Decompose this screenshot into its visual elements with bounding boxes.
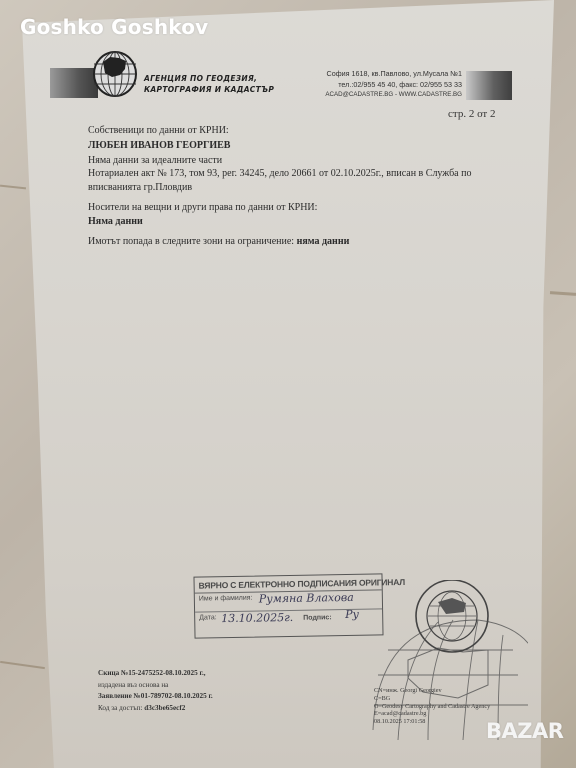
digital-signature-info: CN=инж. Georgi Georgiev C=BG O=Geodesy C… <box>374 687 490 726</box>
background-seam <box>0 661 45 669</box>
signature-e: E=acad@cadastre.bg <box>374 710 490 718</box>
access-code: Код за достъп: d3c3be65ecf2 <box>98 703 213 715</box>
access-code-value: d3c3be65ecf2 <box>144 704 185 712</box>
uploader-watermark: Goshko Goshkov <box>20 15 208 39</box>
application-number: Заявление №01-789702-08.10.2025 г. <box>98 691 213 703</box>
signature-cn: CN=инж. Georgi Georgiev <box>374 687 490 695</box>
background-seam <box>0 185 26 190</box>
rights-holders-value: Няма данни <box>88 215 143 228</box>
sketch-issued-on: издадена въз основа на <box>98 680 213 692</box>
restriction-zones-value: няма данни <box>297 236 350 247</box>
agency-web: ACAD@CADASTRE.BG - WWW.CADASTRE.BG <box>318 90 462 101</box>
sketch-number: Скица №15-2475252-08.10.2025 г., <box>98 668 213 680</box>
site-watermark-logo: BAZAR <box>486 719 563 743</box>
restriction-zones: Имотът попада в следните зони на огранич… <box>88 235 349 248</box>
signature-c: C=BG <box>374 695 490 703</box>
letterhead-gradient-bar-right <box>466 71 512 100</box>
stamp-date-row: Дата: 13.10.2025г. Подпис: Ру <box>195 608 382 630</box>
owner-name: ЛЮБЕН ИВАНОВ ГЕОРГИЕВ <box>88 139 230 152</box>
signature-timestamp: 08.10.2025 17:01:58 <box>374 718 490 726</box>
background-seam <box>550 291 576 296</box>
stamp-signature: Ру <box>345 608 359 621</box>
stamp-name-handwritten: Румяна Влахова <box>259 591 354 606</box>
agency-name-line2: КАРТОГРАФИЯ И КАДАСТЪР <box>144 84 274 95</box>
owner-shares: Няма данни за идеалните части <box>88 154 222 167</box>
stamp-date-handwritten: 13.10.2025г. <box>221 611 293 625</box>
agency-name: АГЕНЦИЯ ПО ГЕОДЕЗИЯ, КАРТОГРАФИЯ И КАДАС… <box>144 73 274 95</box>
deed-info-line2: вписванията гр.Пловдив <box>88 181 192 194</box>
certified-copy-stamp: ВЯРНО С ЕЛЕКТРОННО ПОДПИСАНИЯ ОРИГИНАЛ И… <box>193 573 383 638</box>
signature-o: O=Geodesy Cartography and Cadastre Agenc… <box>374 703 490 711</box>
sketch-info: Скица №15-2475252-08.10.2025 г., издаден… <box>98 668 213 714</box>
agency-address: София 1618, кв.Павлово, ул.Мусала №1 <box>318 69 462 80</box>
stamp-name-label: Име и фамилия: <box>199 595 253 603</box>
page-indicator: стр. 2 от 2 <box>448 108 496 120</box>
rights-holders-heading: Носители на вещни и други права по данни… <box>88 201 317 214</box>
access-code-label: Код за достъп: <box>98 704 142 712</box>
agency-name-line1: АГЕНЦИЯ ПО ГЕОДЕЗИЯ, <box>144 73 274 84</box>
letterhead-gradient-bar-left <box>50 68 98 98</box>
stamp-signature-label: Подпис: <box>303 614 332 621</box>
owners-heading: Собственици по данни от КРНИ: <box>88 124 229 137</box>
deed-info-line1: Нотариален акт № 173, том 93, рег. 34245… <box>88 167 471 180</box>
stamp-date-label: Дата: <box>199 614 217 621</box>
restriction-zones-label: Имотът попада в следните зони на огранич… <box>88 236 294 247</box>
agency-phones: тел.:02/955 45 40, факс: 02/955 53 33 <box>318 80 462 91</box>
globe-bulgaria-icon <box>92 50 138 98</box>
agency-contact: София 1618, кв.Павлово, ул.Мусала №1 тел… <box>318 69 462 101</box>
